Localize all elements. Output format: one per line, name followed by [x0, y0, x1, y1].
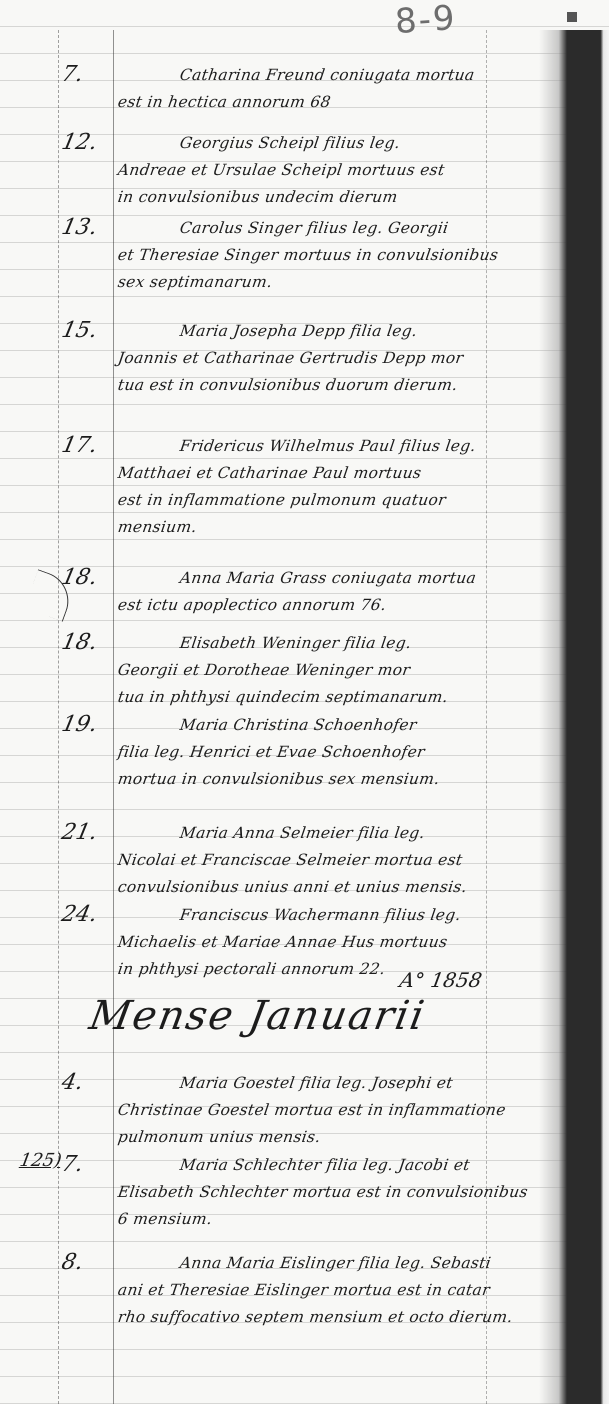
entry-day: 13.	[59, 215, 99, 240]
entry-day: 21.	[59, 820, 99, 845]
entry-text-line: mortua in convulsionibus sex mensium.	[117, 770, 542, 788]
entry-text-line: Christinae Goestel mortua est in inflamm…	[117, 1101, 542, 1119]
entry-text-line: Maria Josepha Depp filia leg.	[179, 322, 542, 340]
scan-binding-shadow	[539, 30, 609, 1404]
entry-text-line: Maria Schlechter filia leg. Jacobi et	[179, 1156, 542, 1174]
scan-corner-mark	[567, 12, 577, 22]
entry-text-line: Georgius Scheipl filius leg.	[179, 134, 542, 152]
entry-text-line: Elisabeth Weninger filia leg.	[179, 634, 542, 652]
entry-text-line: Anna Maria Eislinger filia leg. Sebasti	[179, 1254, 542, 1272]
entry-text-line: Carolus Singer filius leg. Georgii	[179, 219, 542, 237]
entry-text-line: in convulsionibus undecim dierum	[117, 188, 542, 206]
entry-text-line: mensium.	[117, 518, 542, 536]
entry-text-line: filia leg. Henrici et Evae Schoenhofer	[117, 743, 542, 761]
entry-text-line: et Theresiae Singer mortuus in convulsio…	[117, 246, 542, 264]
entry-text-line: ani et Theresiae Eislinger mortua est in…	[117, 1281, 542, 1299]
entry-text-line: est in inflammatione pulmonum quatuor	[117, 491, 542, 509]
year-note: A° 1858	[398, 968, 484, 992]
entry-day: 18.	[59, 565, 99, 590]
register-page: 8-9 7.Catharina Freund coniugata mortuae…	[0, 0, 609, 1404]
entry-text-line: Anna Maria Grass coniugata mortua	[179, 569, 542, 587]
entry-text-line: Michaelis et Mariae Annae Hus mortuus	[117, 933, 542, 951]
entry-text-line: Fridericus Wilhelmus Paul filius leg.	[179, 437, 542, 455]
entry-day: 7.	[59, 62, 85, 87]
folio-number: 8-9	[394, 0, 458, 42]
entry-text-line: sex septimanarum.	[117, 273, 542, 291]
entry-text-line: est ictu apoplectico annorum 76.	[117, 596, 542, 614]
entry-text-line: Matthaei et Catharinae Paul mortuus	[117, 464, 542, 482]
margin-record-number: 125)	[18, 1150, 63, 1171]
entry-day: 7.	[59, 1152, 85, 1177]
entry-text-line: Nicolai et Franciscae Selmeier mortua es…	[117, 851, 542, 869]
month-heading: Mense Januarii	[86, 993, 554, 1039]
entry-day: 4.	[59, 1070, 85, 1095]
entry-text-line: Maria Christina Schoenhofer	[179, 716, 542, 734]
entry-text-line: rho suffocativo septem mensium et octo d…	[117, 1308, 542, 1326]
entry-day: 8.	[59, 1250, 85, 1275]
entry-text-line: Elisabeth Schlechter mortua est in convu…	[117, 1183, 542, 1201]
entry-day: 18.	[59, 630, 99, 655]
entry-text-line: Maria Anna Selmeier filia leg.	[179, 824, 542, 842]
entry-day: 19.	[59, 712, 99, 737]
entry-day: 12.	[59, 130, 99, 155]
entry-text-line: pulmonum unius mensis.	[117, 1128, 542, 1146]
entry-text-line: Joannis et Catharinae Gertrudis Depp mor	[117, 349, 542, 367]
column-rule-day	[113, 30, 114, 1404]
entry-text-line: Catharina Freund coniugata mortua	[179, 66, 542, 84]
entry-text-line: Maria Goestel filia leg. Josephi et	[179, 1074, 542, 1092]
entry-day: 15.	[59, 318, 99, 343]
entry-text-line: tua in phthysi quindecim septimanarum.	[117, 688, 542, 706]
entry-day: 17.	[59, 433, 99, 458]
entry-text-line: Franciscus Wachermann filius leg.	[179, 906, 542, 924]
entry-text-line: Georgii et Dorotheae Weninger mor	[117, 661, 542, 679]
entry-text-line: 6 mensium.	[117, 1210, 542, 1228]
entry-text-line: convulsionibus unius anni et unius mensi…	[117, 878, 542, 896]
entry-text-line: Andreae et Ursulae Scheipl mortuus est	[117, 161, 542, 179]
entry-text-line: tua est in convulsionibus duorum dierum.	[117, 376, 542, 394]
column-rule-margin	[58, 30, 59, 1404]
entry-day: 24.	[59, 902, 99, 927]
entry-text-line: est in hectica annorum 68	[117, 93, 542, 111]
